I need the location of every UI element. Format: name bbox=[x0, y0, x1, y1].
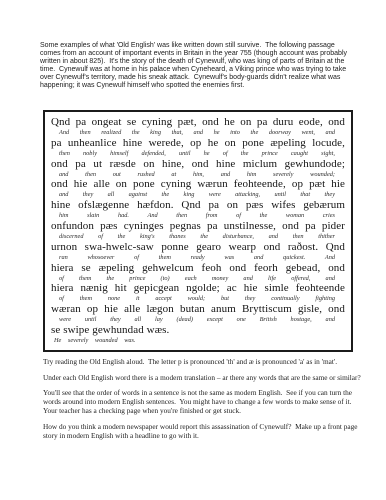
worksheet-page: Some examples of what 'Old English' was … bbox=[0, 0, 386, 500]
translation-line: him slain had. And then from of the woma… bbox=[51, 212, 345, 220]
task-newspaper: How do you think a modern newspaper woul… bbox=[43, 422, 361, 440]
task-read-aloud: Try reading the Old English aloud. The l… bbox=[43, 357, 361, 366]
old-english-passage-box: Qnd pa ongeat se cyning pæt, ond he on p… bbox=[43, 110, 353, 352]
translation-line: of them none it accept would; but they c… bbox=[51, 295, 345, 303]
passage-line-pair: urnon swa-hwelc-saw ponne gearo wearp on… bbox=[51, 241, 345, 262]
passage-line-pair: onfundon pæs cyninges pegnas pa unstilne… bbox=[51, 220, 345, 241]
passage-line-pair: pa unheanlice hine werede, op he on pone… bbox=[51, 137, 345, 158]
old-english-line: pa unheanlice hine werede, op he on pone… bbox=[51, 137, 345, 150]
tasks-section: Try reading the Old English aloud. The l… bbox=[43, 357, 361, 446]
translation-line: ran whosoever of them ready was and quic… bbox=[51, 254, 345, 262]
translation-line: were until they all lay (dead) except on… bbox=[51, 316, 345, 324]
passage-line-pair: wæran op hie alle lægon butan anum Brytt… bbox=[51, 303, 345, 324]
passage-line-pair: se swipe gewhundad wæs. He severely woun… bbox=[51, 324, 345, 345]
old-english-line: hine ofslægenne hæfdon. Qnd pa on pæs wi… bbox=[51, 199, 345, 212]
translation-line: And then realized the king that, and he … bbox=[51, 129, 345, 137]
old-english-line: wæran op hie alle lægon butan anum Brytt… bbox=[51, 303, 345, 316]
passage-line-pair: hine ofslægenne hæfdon. Qnd pa on pæs wi… bbox=[51, 199, 345, 220]
old-english-line: onfundon pæs cyninges pegnas pa unstilne… bbox=[51, 220, 345, 233]
task-translation-question: Under each Old English word there is a m… bbox=[43, 373, 361, 382]
old-english-line: se swipe gewhundad wæs. bbox=[51, 324, 345, 337]
passage-line-pair: ond pa ut ræsde on hine, ond hine miclum… bbox=[51, 158, 345, 179]
passage-line-pair: hiera nænig hit gepicgean ngolde; ac hie… bbox=[51, 282, 345, 303]
old-english-line: urnon swa-hwelc-saw ponne gearo wearp on… bbox=[51, 241, 345, 254]
translation-line: He severely wounded was. bbox=[51, 337, 345, 345]
intro-paragraph: Some examples of what 'Old English' was … bbox=[40, 42, 350, 91]
translation-line: and then out rushed at him, and him seve… bbox=[51, 171, 345, 179]
translation-line: then nobly himself defended, until he of… bbox=[51, 150, 345, 158]
translation-line: and they all against the king were attac… bbox=[51, 191, 345, 199]
passage-line-pair: ond hie alle on pone cyning wærun feohte… bbox=[51, 178, 345, 199]
translation-line: of them the prince (to) each money and l… bbox=[51, 275, 345, 283]
task-word-order: You'll see that the order of words in a … bbox=[43, 388, 361, 415]
old-english-line: hiera se æpeling gehwelcum feoh ond feor… bbox=[51, 262, 345, 275]
old-english-line: hiera nænig hit gepicgean ngolde; ac hie… bbox=[51, 282, 345, 295]
old-english-line: ond pa ut ræsde on hine, ond hine miclum… bbox=[51, 158, 345, 171]
translation-line: discerned of the king's thanes the distu… bbox=[51, 233, 345, 241]
old-english-line: ond hie alle on pone cyning wærun feohte… bbox=[51, 178, 345, 191]
passage-line-pair: hiera se æpeling gehwelcum feoh ond feor… bbox=[51, 262, 345, 283]
passage-line-pair: Qnd pa ongeat se cyning pæt, ond he on p… bbox=[51, 116, 345, 137]
old-english-line: Qnd pa ongeat se cyning pæt, ond he on p… bbox=[51, 116, 345, 129]
